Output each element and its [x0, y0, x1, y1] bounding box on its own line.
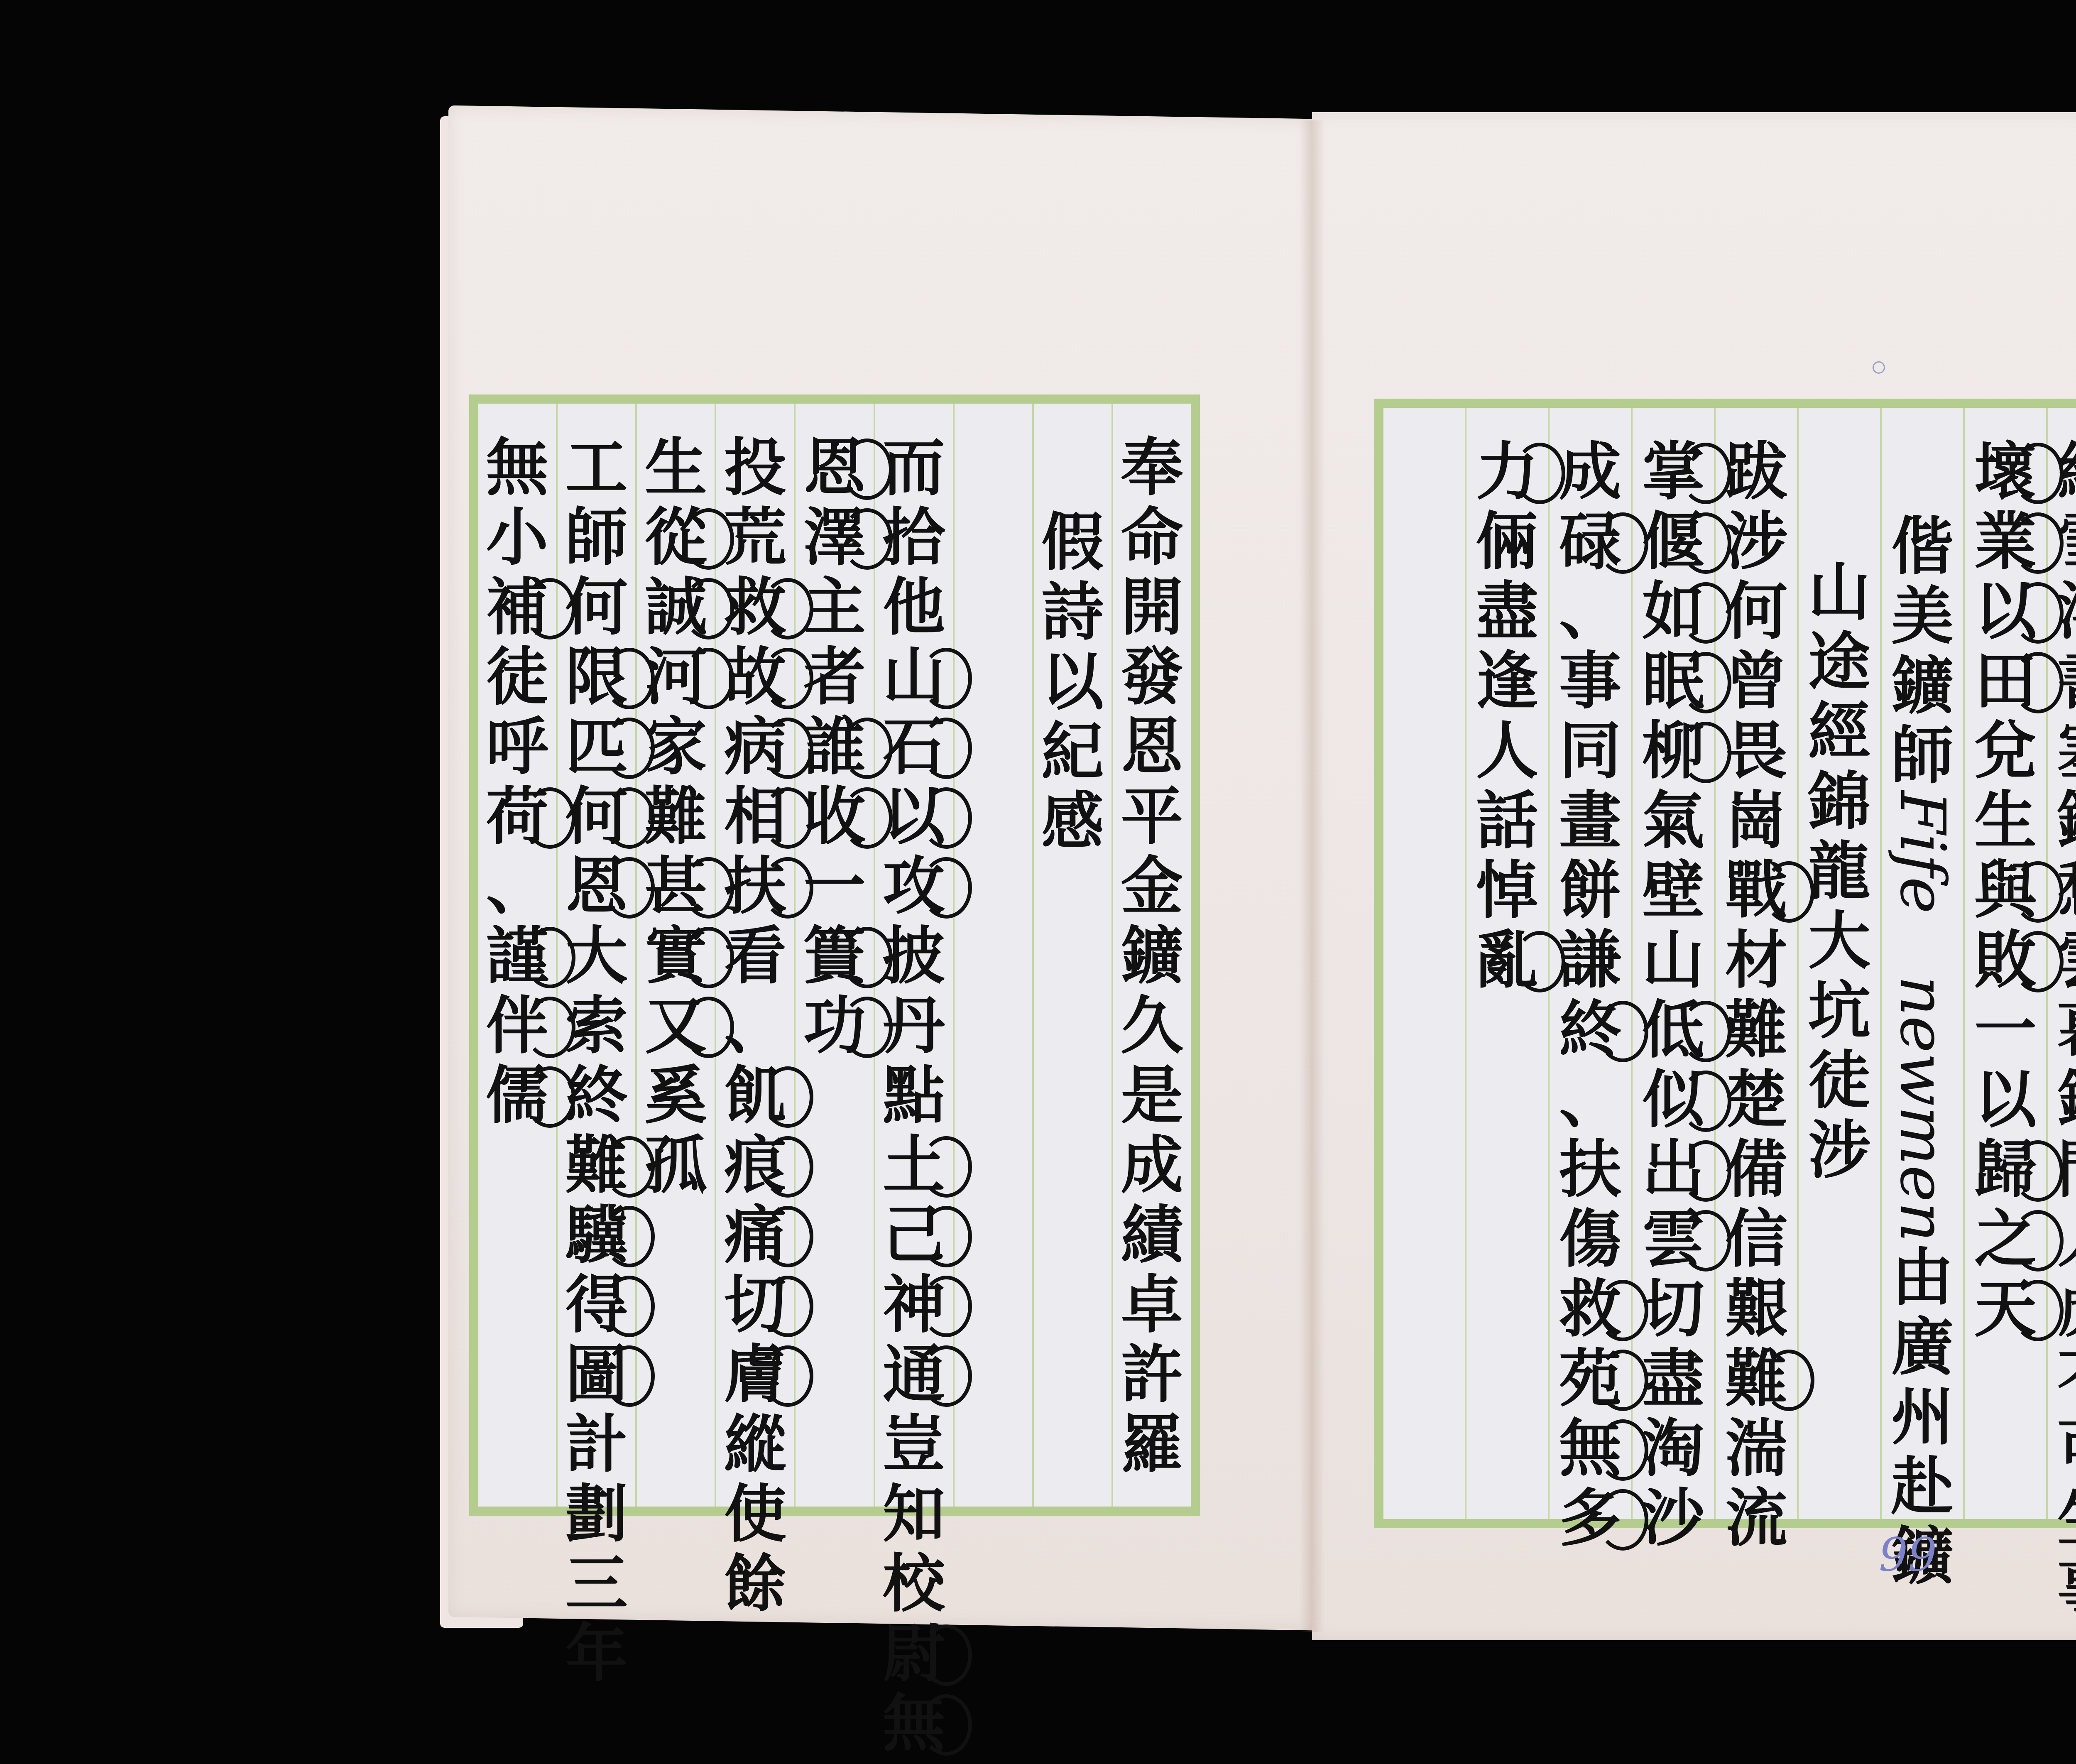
character: 以 — [1970, 1065, 2041, 1134]
character: 假 — [1037, 507, 1108, 577]
latin-annotation: newmen — [1887, 976, 1958, 1242]
character: 恩 — [1116, 712, 1187, 782]
left-page-columns: 奉命開發恩平金鑛久是成績卓許羅假詩以紀感而拾他山石以攻披丹點土己神通豈知校尉無恩… — [478, 404, 1191, 1507]
circled-character: 己 — [879, 1200, 949, 1270]
character: 切 — [1638, 1274, 1709, 1344]
character: 事 — [1555, 646, 1626, 716]
character: 壁 — [1638, 855, 1709, 925]
character: 逢 — [1472, 646, 1542, 716]
text-column: 奉命開發恩平金鑛久是成績卓許羅 — [1111, 404, 1191, 1507]
circled-character: 天 — [1970, 1274, 2041, 1344]
circled-character: 神 — [879, 1270, 949, 1340]
circled-character: 土 — [879, 1130, 949, 1200]
character: 湍 — [1721, 1414, 1792, 1483]
right-page-columns: 綿雪浮書塞鐵愁雲幕鉱門人虎不可生事壞業以田兌生與敗一以歸之天偕美鑛師Fifene… — [1383, 408, 2076, 1519]
character: 美 — [1887, 581, 1958, 651]
character: 山 — [1804, 557, 1875, 627]
right-page-frame: 綿雪浮書塞鐵愁雲幕鉱門人虎不可生事壞業以田兌生與敗一以歸之天偕美鑛師Fifene… — [1374, 399, 2076, 1528]
circled-character: 膚 — [720, 1340, 791, 1409]
circled-character: 實 — [641, 921, 711, 991]
circled-character: 救 — [1555, 1274, 1626, 1344]
character: 劃 — [561, 1479, 632, 1549]
text-column: 假詩以紀感 — [1032, 404, 1111, 1507]
character: 悼 — [1472, 855, 1542, 925]
circled-character: 又 — [641, 991, 711, 1061]
character: 大 — [1804, 906, 1875, 976]
character: 卓 — [1116, 1270, 1187, 1340]
text-column: 山途經錦龍大坑徒涉 — [1797, 408, 1880, 1519]
character: 沙 — [1638, 1483, 1709, 1553]
circled-character: 業 — [1970, 507, 2041, 576]
character: 扶 — [1555, 1134, 1626, 1204]
circled-character: 以 — [1970, 576, 2041, 646]
circled-character: 偃 — [1638, 507, 1709, 576]
circled-character: 無 — [1555, 1414, 1626, 1483]
circled-character: 亂 — [1472, 925, 1542, 995]
circled-character: 匹 — [561, 712, 632, 782]
circled-character: 痛 — [720, 1200, 791, 1270]
circled-character: 苑 — [1555, 1344, 1626, 1414]
character: 縱 — [720, 1409, 791, 1479]
character: 餘 — [720, 1549, 791, 1619]
left-page-frame: 奉命開發恩平金鑛久是成績卓許羅假詩以紀感而拾他山石以攻披丹點土己神通豈知校尉無恩… — [469, 394, 1200, 1516]
character: 氣 — [1638, 786, 1709, 855]
latin-annotation: Fife — [1887, 791, 1958, 914]
character: 盡 — [1638, 1344, 1709, 1414]
circled-character: 儒 — [482, 1061, 553, 1130]
character: 鑛 — [1887, 651, 1958, 721]
character: 盡 — [1472, 576, 1542, 646]
character: 謙 — [1555, 925, 1626, 995]
circled-character: 難 — [561, 1130, 632, 1200]
character: 三 — [561, 1549, 632, 1619]
circled-character: 病 — [720, 712, 791, 782]
circled-character: 相 — [720, 782, 791, 851]
character: 豈 — [879, 1409, 949, 1479]
circled-character: 戰 — [1721, 855, 1792, 925]
character: 平 — [1116, 782, 1187, 851]
character: 、 — [1555, 1065, 1626, 1134]
circled-character: 誠 — [641, 572, 711, 642]
circled-character: 田 — [1970, 646, 2041, 716]
character: 山 — [1638, 925, 1709, 995]
character: 信 — [1721, 1204, 1792, 1274]
character: 奚 — [641, 1061, 711, 1130]
circled-character: 無 — [879, 1688, 949, 1758]
character: 由 — [1887, 1242, 1958, 1312]
circled-character: 多 — [1555, 1483, 1626, 1553]
circled-character: 碌 — [1555, 507, 1626, 576]
character: 以 — [1037, 647, 1108, 717]
circled-character: 痕 — [720, 1130, 791, 1200]
character: 奉 — [1116, 433, 1187, 502]
character: 畏 — [1721, 716, 1792, 786]
character: 偕 — [1887, 512, 1958, 581]
character: 、 — [482, 851, 553, 921]
circled-character: 難 — [1721, 1344, 1792, 1414]
circled-character: 雲 — [1638, 1204, 1709, 1274]
circled-character: 切 — [720, 1270, 791, 1340]
character: 楚 — [1721, 1065, 1792, 1134]
character: 、 — [1555, 576, 1626, 646]
character: 塞 — [2053, 716, 2076, 786]
character: 錦 — [1804, 767, 1875, 836]
circled-character: 荷 — [482, 782, 553, 851]
page-number: 99 — [1879, 1528, 1937, 1581]
circled-character: 恩 — [799, 433, 870, 502]
circled-character: 山 — [879, 642, 949, 712]
circled-character: 之 — [1970, 1204, 2041, 1274]
circled-character: 終 — [1555, 995, 1626, 1065]
character: 廣 — [1887, 1312, 1958, 1382]
character: 師 — [561, 502, 632, 572]
character: 徒 — [482, 642, 553, 712]
circled-character: 驥 — [561, 1200, 632, 1270]
character: 人 — [1472, 716, 1542, 786]
character: 無 — [482, 433, 553, 502]
circled-character: 補 — [482, 572, 553, 642]
character: 羅 — [1116, 1409, 1187, 1479]
character: 是 — [1116, 1061, 1187, 1130]
character: 備 — [1721, 1134, 1792, 1204]
character: 詩 — [1037, 577, 1108, 647]
character: 坑 — [1804, 976, 1875, 1046]
circled-character: 壞 — [1970, 437, 2041, 507]
text-column — [953, 404, 1032, 1507]
character: 赴 — [1887, 1452, 1958, 1521]
character: 傷 — [1555, 1204, 1626, 1274]
character: 生 — [641, 433, 711, 502]
circled-character: 簣 — [799, 921, 870, 991]
circled-character: 恩 — [561, 851, 632, 921]
character: 難 — [1721, 995, 1792, 1065]
character: 他 — [879, 572, 949, 642]
character: 年 — [561, 1619, 632, 1688]
character: 龍 — [1804, 836, 1875, 906]
circled-character: 與 — [1970, 855, 2041, 925]
text-column: 跋涉何曾畏崗戰材難楚備信艱難湍流 — [1714, 408, 1797, 1519]
character: 工 — [561, 433, 632, 502]
character: 流 — [1721, 1483, 1792, 1553]
circled-character: 可 — [2053, 1414, 2076, 1483]
circled-character: 敗 — [1970, 925, 2041, 995]
circled-character: 低 — [1638, 995, 1709, 1065]
character: 師 — [1887, 721, 1958, 791]
character: 開 — [1116, 572, 1187, 642]
circled-character: 圖 — [561, 1340, 632, 1409]
circled-character: 限 — [561, 642, 632, 712]
character: 畫 — [1555, 786, 1626, 855]
text-column: 無小補徒呼荷、謹伴儒 — [478, 404, 556, 1507]
small-circle-mark — [1873, 361, 1885, 374]
character: 崗 — [1721, 786, 1792, 855]
character: 知 — [879, 1479, 949, 1549]
circled-character: 掌 — [1638, 437, 1709, 507]
character: 校 — [879, 1549, 949, 1619]
text-column: 生從誠河家難甚實又奚孤 — [635, 404, 715, 1507]
character: 點 — [879, 1061, 949, 1130]
character: 淘 — [1638, 1414, 1709, 1483]
circled-character: 出 — [1638, 1134, 1709, 1204]
character: 艱 — [1721, 1274, 1792, 1344]
character: 跋 — [1721, 437, 1792, 507]
character: 事 — [2053, 1553, 2076, 1623]
circled-character: 幕 — [2053, 995, 2076, 1065]
circled-character: 不 — [2053, 1344, 2076, 1414]
circled-character: 力 — [1472, 437, 1542, 507]
character: 話 — [1472, 786, 1542, 855]
character: 倆 — [1472, 507, 1542, 576]
text-column: 壞業以田兌生與敗一以歸之天 — [1963, 408, 2046, 1519]
circled-character: 眠 — [1638, 646, 1709, 716]
character: 呼 — [482, 712, 553, 782]
character: 州 — [1887, 1382, 1958, 1452]
circled-character: 謹 — [482, 921, 553, 991]
character: 成 — [1555, 437, 1626, 507]
circled-character: 功 — [799, 991, 870, 1061]
character: 績 — [1116, 1200, 1187, 1270]
circled-character: 鉱 — [2053, 1065, 2076, 1134]
character: 兌 — [1970, 716, 2041, 786]
character: 同 — [1555, 716, 1626, 786]
circled-character: 鐵 — [2053, 786, 2076, 855]
character: 成 — [1116, 1130, 1187, 1200]
circled-character: 澤 — [799, 502, 870, 572]
character: 途 — [1804, 627, 1875, 697]
circled-character: 生 — [2053, 1483, 2076, 1553]
circled-character: 尉 — [879, 1619, 949, 1688]
circled-character: 似 — [1638, 1065, 1709, 1134]
character: 涉 — [1721, 507, 1792, 576]
character: 投 — [720, 433, 791, 502]
character: 金 — [1116, 851, 1187, 921]
character: 鑛 — [1116, 921, 1187, 991]
circled-character: 從 — [641, 502, 711, 572]
character: 小 — [482, 502, 553, 572]
character: 經 — [1804, 697, 1875, 767]
character: 生 — [1970, 786, 2041, 855]
character: 許 — [1116, 1340, 1187, 1409]
text-column: 恩澤主者誰收一簣功 — [794, 404, 873, 1507]
character: 命 — [1116, 502, 1187, 572]
text-column: 力倆盡逢人話悼亂 — [1465, 408, 1548, 1519]
character: 徒 — [1804, 1046, 1875, 1115]
character: 發 — [1116, 642, 1187, 712]
character: 久 — [1116, 991, 1187, 1061]
character: 何 — [1721, 576, 1792, 646]
circled-character: 通 — [879, 1340, 949, 1409]
circled-character: 飢 — [720, 1061, 791, 1130]
text-column — [1383, 408, 1465, 1519]
circled-character: 歸 — [1970, 1134, 2041, 1204]
book-gutter — [1300, 120, 1324, 1632]
text-column: 偕美鑛師Fifenewmen由廣州赴鑛 — [1880, 408, 1963, 1519]
character: 紀 — [1037, 717, 1108, 786]
text-column: 掌偃如眠柳氣壁山低似出雲切盡淘沙 — [1631, 408, 1714, 1519]
character: 感 — [1037, 786, 1108, 856]
circled-character: 得 — [561, 1270, 632, 1340]
character: 一 — [1970, 995, 2041, 1065]
character: 餅 — [1555, 855, 1626, 925]
character: 曾 — [1721, 646, 1792, 716]
circled-character: 如 — [1638, 576, 1709, 646]
circled-character: 柳 — [1638, 716, 1709, 786]
character: 計 — [561, 1409, 632, 1479]
character: 涉 — [1804, 1115, 1875, 1185]
character: 材 — [1721, 925, 1792, 995]
circled-character: 攻 — [879, 851, 949, 921]
circled-character: 伴 — [482, 991, 553, 1061]
character: 使 — [720, 1479, 791, 1549]
